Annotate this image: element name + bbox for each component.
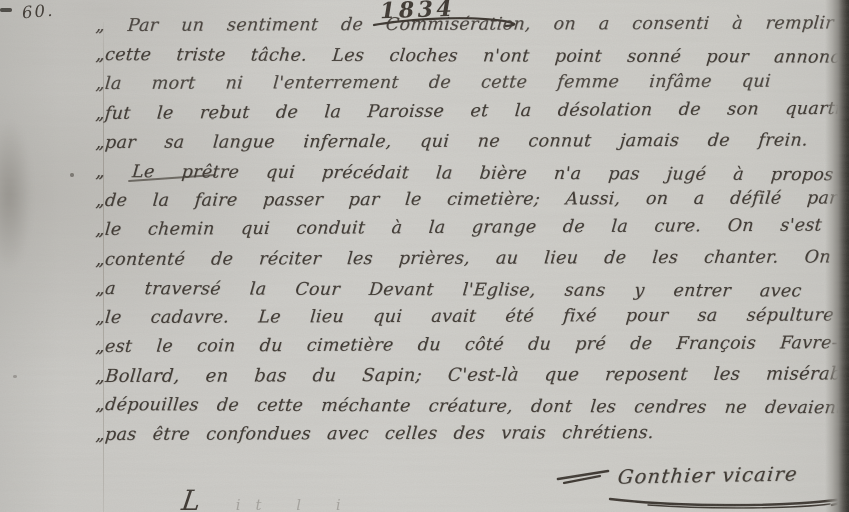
paper-smudge (0, 120, 32, 270)
manuscript-line: „contenté de réciter les prières, au lie… (94, 247, 832, 279)
manuscript-body: „ Par un sentiment de Commisération, on … (94, 16, 834, 454)
signature: Gonthier vicaire (556, 464, 798, 487)
signature-name: Gonthier vicaire (617, 462, 799, 488)
manuscript-line: „est le coin du cimetière du côté du pré… (94, 333, 839, 366)
signature-dash-flourish (556, 466, 614, 486)
signature-underline-flourish (608, 494, 848, 510)
page-number: 60. (21, 1, 55, 23)
manuscript-line: „la mort ni l'enterrement de cette femme… (94, 72, 772, 104)
manuscript-line: „ Par un sentiment de Commisération, on … (94, 13, 835, 45)
page-edge-shadow (825, 0, 849, 512)
ink-speck (0, 8, 12, 12)
manuscript-line: „Bollard, en bas du Sapin; C'est-là que … (94, 364, 843, 396)
fragment-initial: L (180, 484, 203, 512)
manuscript-line: „pas être confondues avec celles des vra… (94, 423, 655, 454)
ink-speck (13, 375, 17, 378)
ink-speck (70, 173, 74, 177)
manuscript-line: „le chemin qui conduit à la grange de la… (94, 216, 823, 250)
fragment-faint-letters: it l i (236, 496, 356, 512)
manuscript-line: „fut le rebut de la Paroisse et la désol… (94, 98, 842, 132)
manuscript-line: „le cadavre. Le lieu qui avait été fixé … (94, 305, 835, 337)
next-line-fragment: L it l i (182, 484, 356, 512)
manuscript-page: 60. 1834 „ Par un sentiment de Commiséra… (0, 0, 849, 512)
manuscript-line: „par sa langue infernale, qui ne connut … (94, 130, 809, 162)
ink-speck (211, 117, 214, 120)
